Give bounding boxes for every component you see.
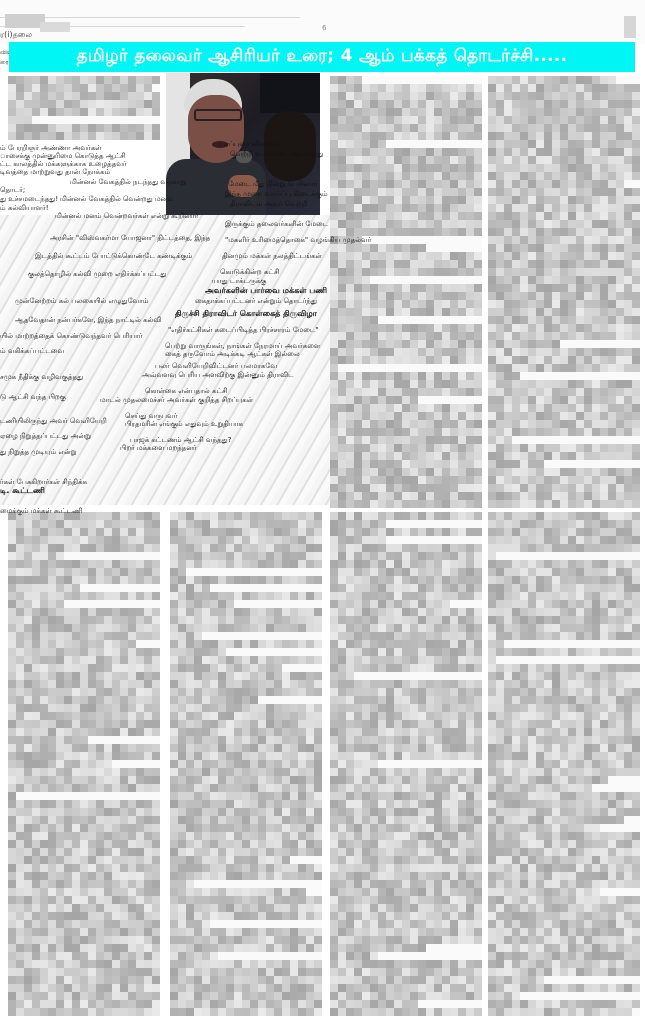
article-text-line: இந்த முறை வாய்ப்பு கிடைக்கும்: [225, 190, 328, 198]
article-text-line: ட்ட காலத்தில் மக்களுக்காக உழைத்தவர்: [0, 160, 127, 168]
article-text-line: ஏழை நிறுத்தப்பட்டது அன்று: [0, 432, 91, 440]
pixelated-column: [330, 512, 480, 1012]
article-text-line: கைத் தருவோம் அடிக்கடி ஆட்கள் இல்லை: [165, 350, 300, 358]
article-text-line: தொடர்;: [0, 186, 25, 194]
pixelated-column: [8, 76, 158, 140]
article-text-line: "எதிர்கட்சிகள் கடைப்பிடித்த பிரச்சாரம் ம…: [168, 326, 319, 334]
pixelated-column: [488, 512, 636, 1012]
article-text-line: பலர் வெளியேறிவிட்டனர் பலமாகவே: [155, 362, 277, 370]
article-text-line: மின்னல் மனம் வென்றவர்கள் என்று கூறினார்: [55, 212, 198, 220]
article-text-line: து உச்சமடைந்தது!: [0, 195, 58, 203]
article-text-line: திருச்சி திராவிடர் கொள்கைத் திருவிழா: [175, 310, 317, 318]
article-text-line: தினமும் மக்கள் நலத்திட்டங்கள்: [222, 252, 322, 260]
article-text-line: அவ்வளவு பெரிய அளவிற்கு இன்னும் திராவிட: [142, 371, 294, 379]
masthead-title: ர(i)தலை: [0, 30, 32, 40]
article-text-line: வெற்றி வாய்ப்பை ஆராய்ந்து: [230, 150, 323, 158]
article-text-line: பெற்று வாருங்கள், நாங்கள் நேரமாய் அவர்கள…: [165, 342, 320, 350]
article-text-line: கொள்கை என்பதால் கட்சி: [145, 387, 227, 395]
article-text-line: ஆதவேதான் நன்பர்களே, இந்த நாட்டில் கல்வி: [15, 316, 161, 324]
article-text-line: அரசின் "விஸ்வகர்மா யோஜனா" திட்டத்தை, இந்…: [50, 234, 210, 242]
article-text-line: மைக்கும் மக்கள் கூட்டணி: [0, 507, 82, 515]
margin-marker: [624, 16, 636, 38]
header-rule: [0, 17, 300, 18]
article-text-line: ாசைக்கு முன்னுரிமை கொடுத்த ஆட்சி: [0, 152, 126, 160]
article-text-line: "மகளிர் உரிமைத்தொகை" வழங்கிய முதல்வர்: [225, 236, 371, 244]
article-text-line: டிவத்தை மாற்றுவது தான் நோக்கம்: [0, 168, 110, 176]
article-text-line: குலத்தொழில் கல்வி முறை எதிர்க்கப்பட்டது: [28, 270, 166, 278]
headline-banner: தமிழர் தலைவர் ஆசிரியர் உரை; 4 ஆம் பக்கத்…: [9, 42, 635, 72]
article-text-line: பிரதமரின் எங்கும் எதுவும் உறுதியாக: [125, 420, 243, 428]
article-text-line: செய்து வருபவர்: [125, 412, 177, 420]
article-text-line: சமுக நீதிக்கு வழிவகுத்தது: [0, 373, 83, 381]
article-text-line: ர்கள் பேசுகிறார்கள் சிந்திக்க: [0, 478, 87, 486]
article-text-line: மின்னல் வேகத்தில் நடந்தது வரலாறு: [70, 178, 186, 186]
article-text-line: யில் மாற்றத்தைக் கொண்டுவந்தவர் பெரியார்: [0, 332, 143, 340]
article-text-line: மாடல் முதலமைச்சர் அவர்கள் குறித்த சிறப்ப…: [100, 396, 253, 404]
article-text-line: ம் பேரறிஞர் அண்ணா அவர்கள்: [0, 144, 101, 152]
article-text-line: ம் கல்வியாளர்!: [0, 204, 49, 212]
headline: தமிழர் தலைவர் ஆசிரியர் உரை; 4 ஆம் பக்கத்…: [77, 46, 568, 68]
article-text-line: திராவிடம் அவர் வெற்றி: [230, 200, 308, 208]
page-number: 6: [322, 24, 326, 32]
pixelated-column: [488, 76, 636, 506]
article-text-line: பிறர் மக்களை மறந்தனர்: [120, 444, 197, 452]
article-text-line: கைதாக்கப்பட்டனர் என்றும் தொடர்ந்து: [195, 297, 317, 305]
masthead-logo-blurred: [5, 14, 45, 28]
article-text-line: இருக்கும் தலைவர்களின் மேடை: [225, 220, 328, 228]
article-text-line: யாது டாக்டருக்கு: [212, 277, 266, 285]
article-text-line: மேடை மீது நின்று பேசினார்: [228, 180, 317, 188]
article-text-line: பரப்புரை விளக்கம்: [220, 140, 281, 148]
article-text-line: மின்னல் வேகத்தில் வென்றது மனம்: [60, 195, 173, 203]
article-text-line: அவர்களின் பார்வை மக்கள் பணி: [205, 287, 327, 295]
article-text-line: டு ஆட்சி வந்த பிறகு: [0, 393, 66, 401]
article-text-line: டணியிலிருந்து அவர் வெளியேறி: [0, 417, 107, 425]
glasses-icon: [194, 109, 242, 121]
pixelated-column: [170, 512, 322, 1012]
article-text-line: முன்னேற்றம் கல் பலகையில் எழுதுவோம்: [15, 297, 149, 305]
page-header: [0, 0, 645, 44]
article-text-line: து நிறுத்த முடியும் என்று: [0, 448, 77, 456]
pixelated-column: [330, 76, 480, 506]
article-text-line: கொடுக்கின்ற கட்சி: [220, 268, 279, 276]
article-text-line: இடத்தில் கூட்டம் போட்டுக்கொண்டே கண்டிக்க…: [35, 252, 192, 260]
masthead-logo-blurred: [40, 22, 70, 32]
article-text-line: ம் வகிக்கப்பட்டவை: [0, 347, 64, 355]
article-text-line: டி. கூட்டணி: [0, 487, 45, 495]
pixelated-column: [8, 512, 160, 1012]
article-text-line: பாஜக் கட்டணம் ஆட்சி வந்தது?: [130, 436, 231, 444]
